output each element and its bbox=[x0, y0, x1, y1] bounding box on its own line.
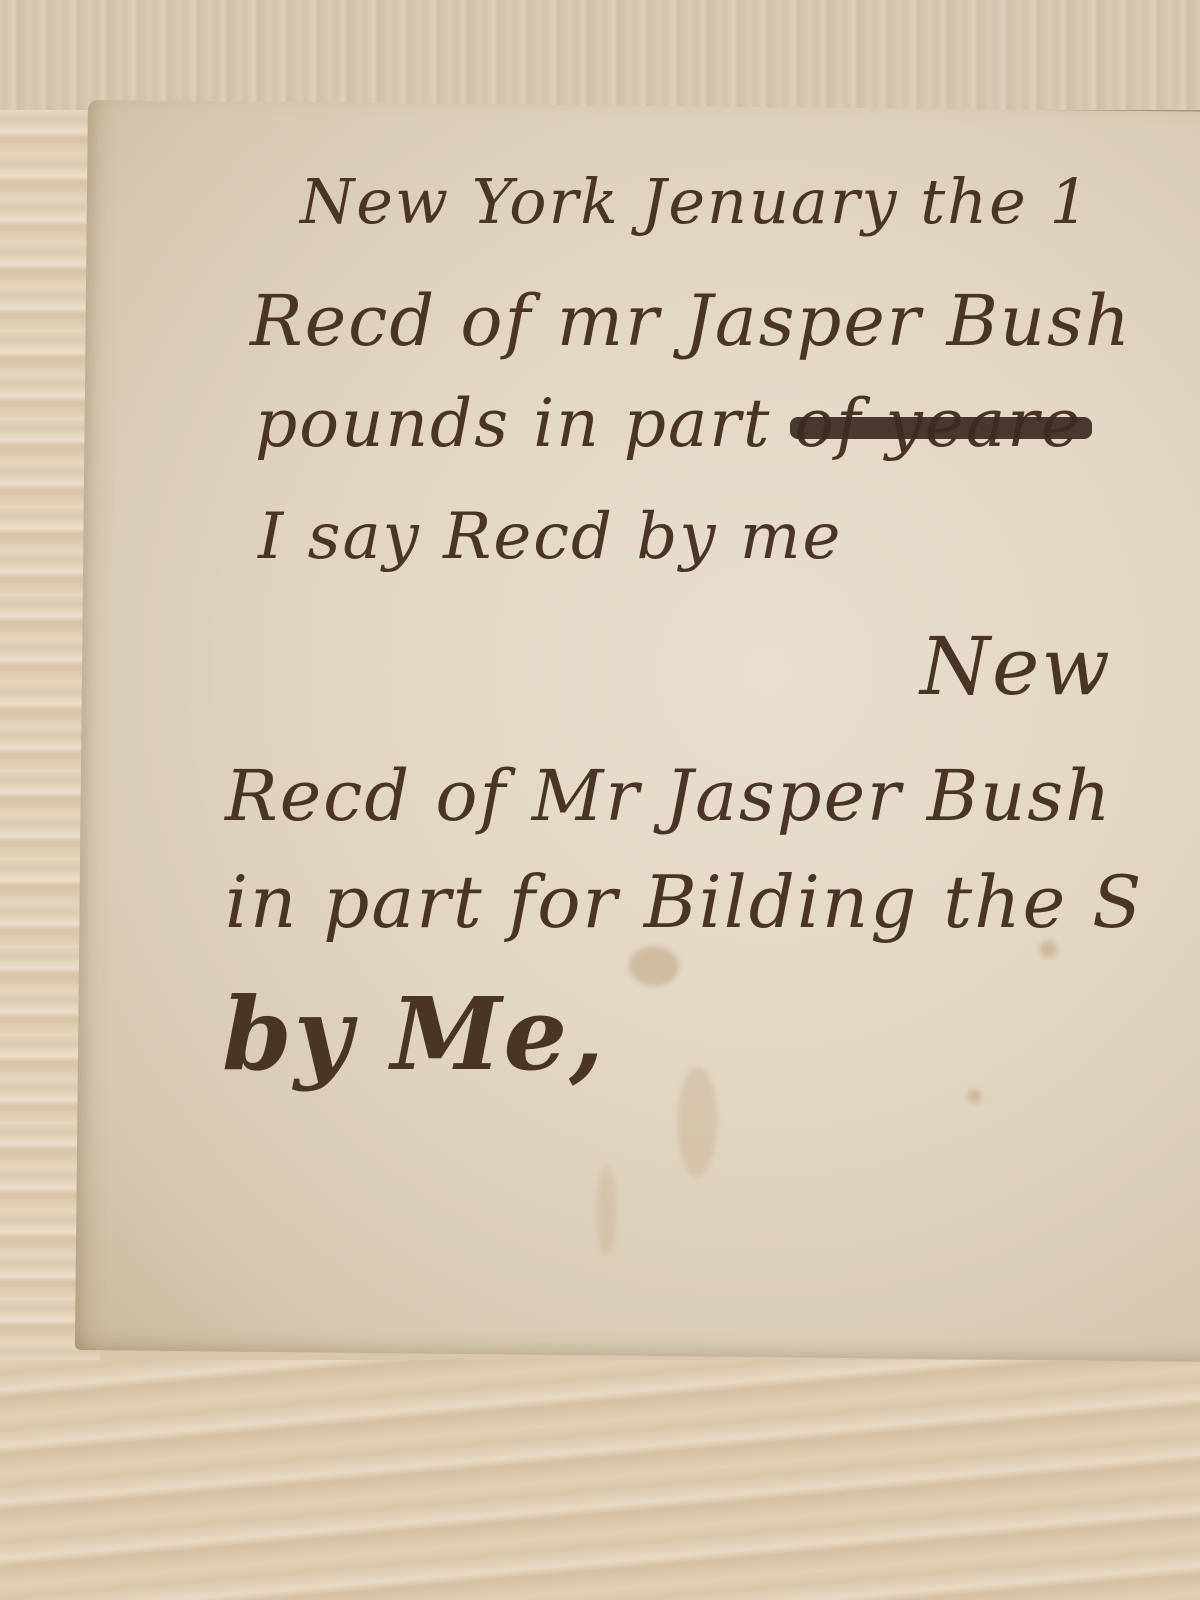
wood-background-bottom bbox=[0, 1360, 1200, 1600]
receipt-2-heading: New bbox=[920, 620, 1112, 713]
receipt-1-signoff-line: I say Recd by me bbox=[258, 500, 842, 574]
paper-stain bbox=[596, 1165, 617, 1255]
receipt-2-signature: by Me, bbox=[222, 975, 606, 1093]
receipt-2-purpose-line: in part for Bilding the S bbox=[225, 860, 1143, 944]
receipt-2-received-line: Recd of Mr Jasper Bush bbox=[225, 755, 1112, 837]
receipt-1-amount-line: pounds in part of yeare bbox=[255, 385, 1082, 462]
paper-stain bbox=[968, 1089, 982, 1103]
paper-stain bbox=[677, 1066, 718, 1176]
receipt-1-date-line: New York Jenuary the 1 bbox=[300, 165, 1091, 238]
receipt-1-amount-text: pounds in part bbox=[255, 385, 771, 462]
paper-stain bbox=[629, 946, 679, 987]
receipt-1-received-line: Recd of mr Jasper Bush bbox=[250, 280, 1132, 362]
wood-background-top bbox=[0, 0, 1200, 113]
struck-out-text: of yeare bbox=[794, 385, 1081, 462]
